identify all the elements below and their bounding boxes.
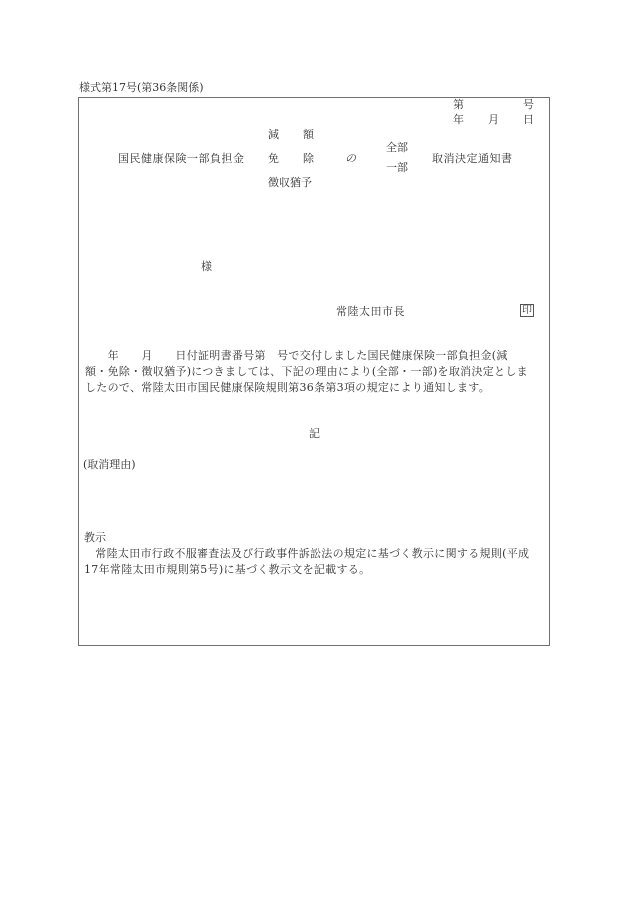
note-heading: 記 [309, 428, 320, 439]
title-particle: の [345, 153, 356, 164]
title-lead: 国民健康保険一部負担金 [118, 153, 245, 164]
number-prefix: 第 [453, 99, 464, 110]
option-exemption-1: 免 [268, 153, 279, 164]
form-label: 様式第17号(第36条関係) [79, 82, 204, 93]
option-exemption-2: 除 [303, 153, 314, 164]
scope-all: 全部 [386, 142, 408, 153]
option-deferral: 徴収猶予 [268, 177, 312, 188]
title-tail: 取消決定通知書 [432, 153, 513, 164]
date-year: 年 [453, 114, 464, 125]
date-day: 日 [523, 114, 534, 125]
number-suffix: 号 [523, 99, 534, 110]
reason-label: (取消理由) [83, 459, 136, 470]
option-reduction-2: 額 [303, 129, 314, 140]
body-line-3: したので、常陸太田市国民健康保険規則第36条第3項の規定により通知します。 [85, 382, 490, 393]
instruction-line-1: 常陸太田市行政不服審査法及び行政事件訴訟法の規定に基づく教示に関する規則(平成 [84, 548, 529, 559]
body-line-1: 年 月 日付証明書番号第 号で交付しました国民健康保険一部負担金(減 [85, 350, 508, 361]
option-reduction-1: 減 [268, 129, 279, 140]
addressee-honorific: 様 [201, 261, 212, 272]
seal-mark: 印 [520, 304, 534, 317]
instruction-line-2: 17年常陸太田市規則第5号)に基づく教示文を記載する。 [84, 564, 370, 575]
instruction-heading: 教示 [84, 532, 106, 543]
body-line-2: 額・免除・徴収猶予)につきましては、下記の理由により(全部・一部)を取消決定とし… [85, 366, 528, 377]
date-month: 月 [488, 114, 499, 125]
scope-part: 一部 [386, 162, 408, 173]
issuer-name: 常陸太田市長 [336, 306, 405, 317]
